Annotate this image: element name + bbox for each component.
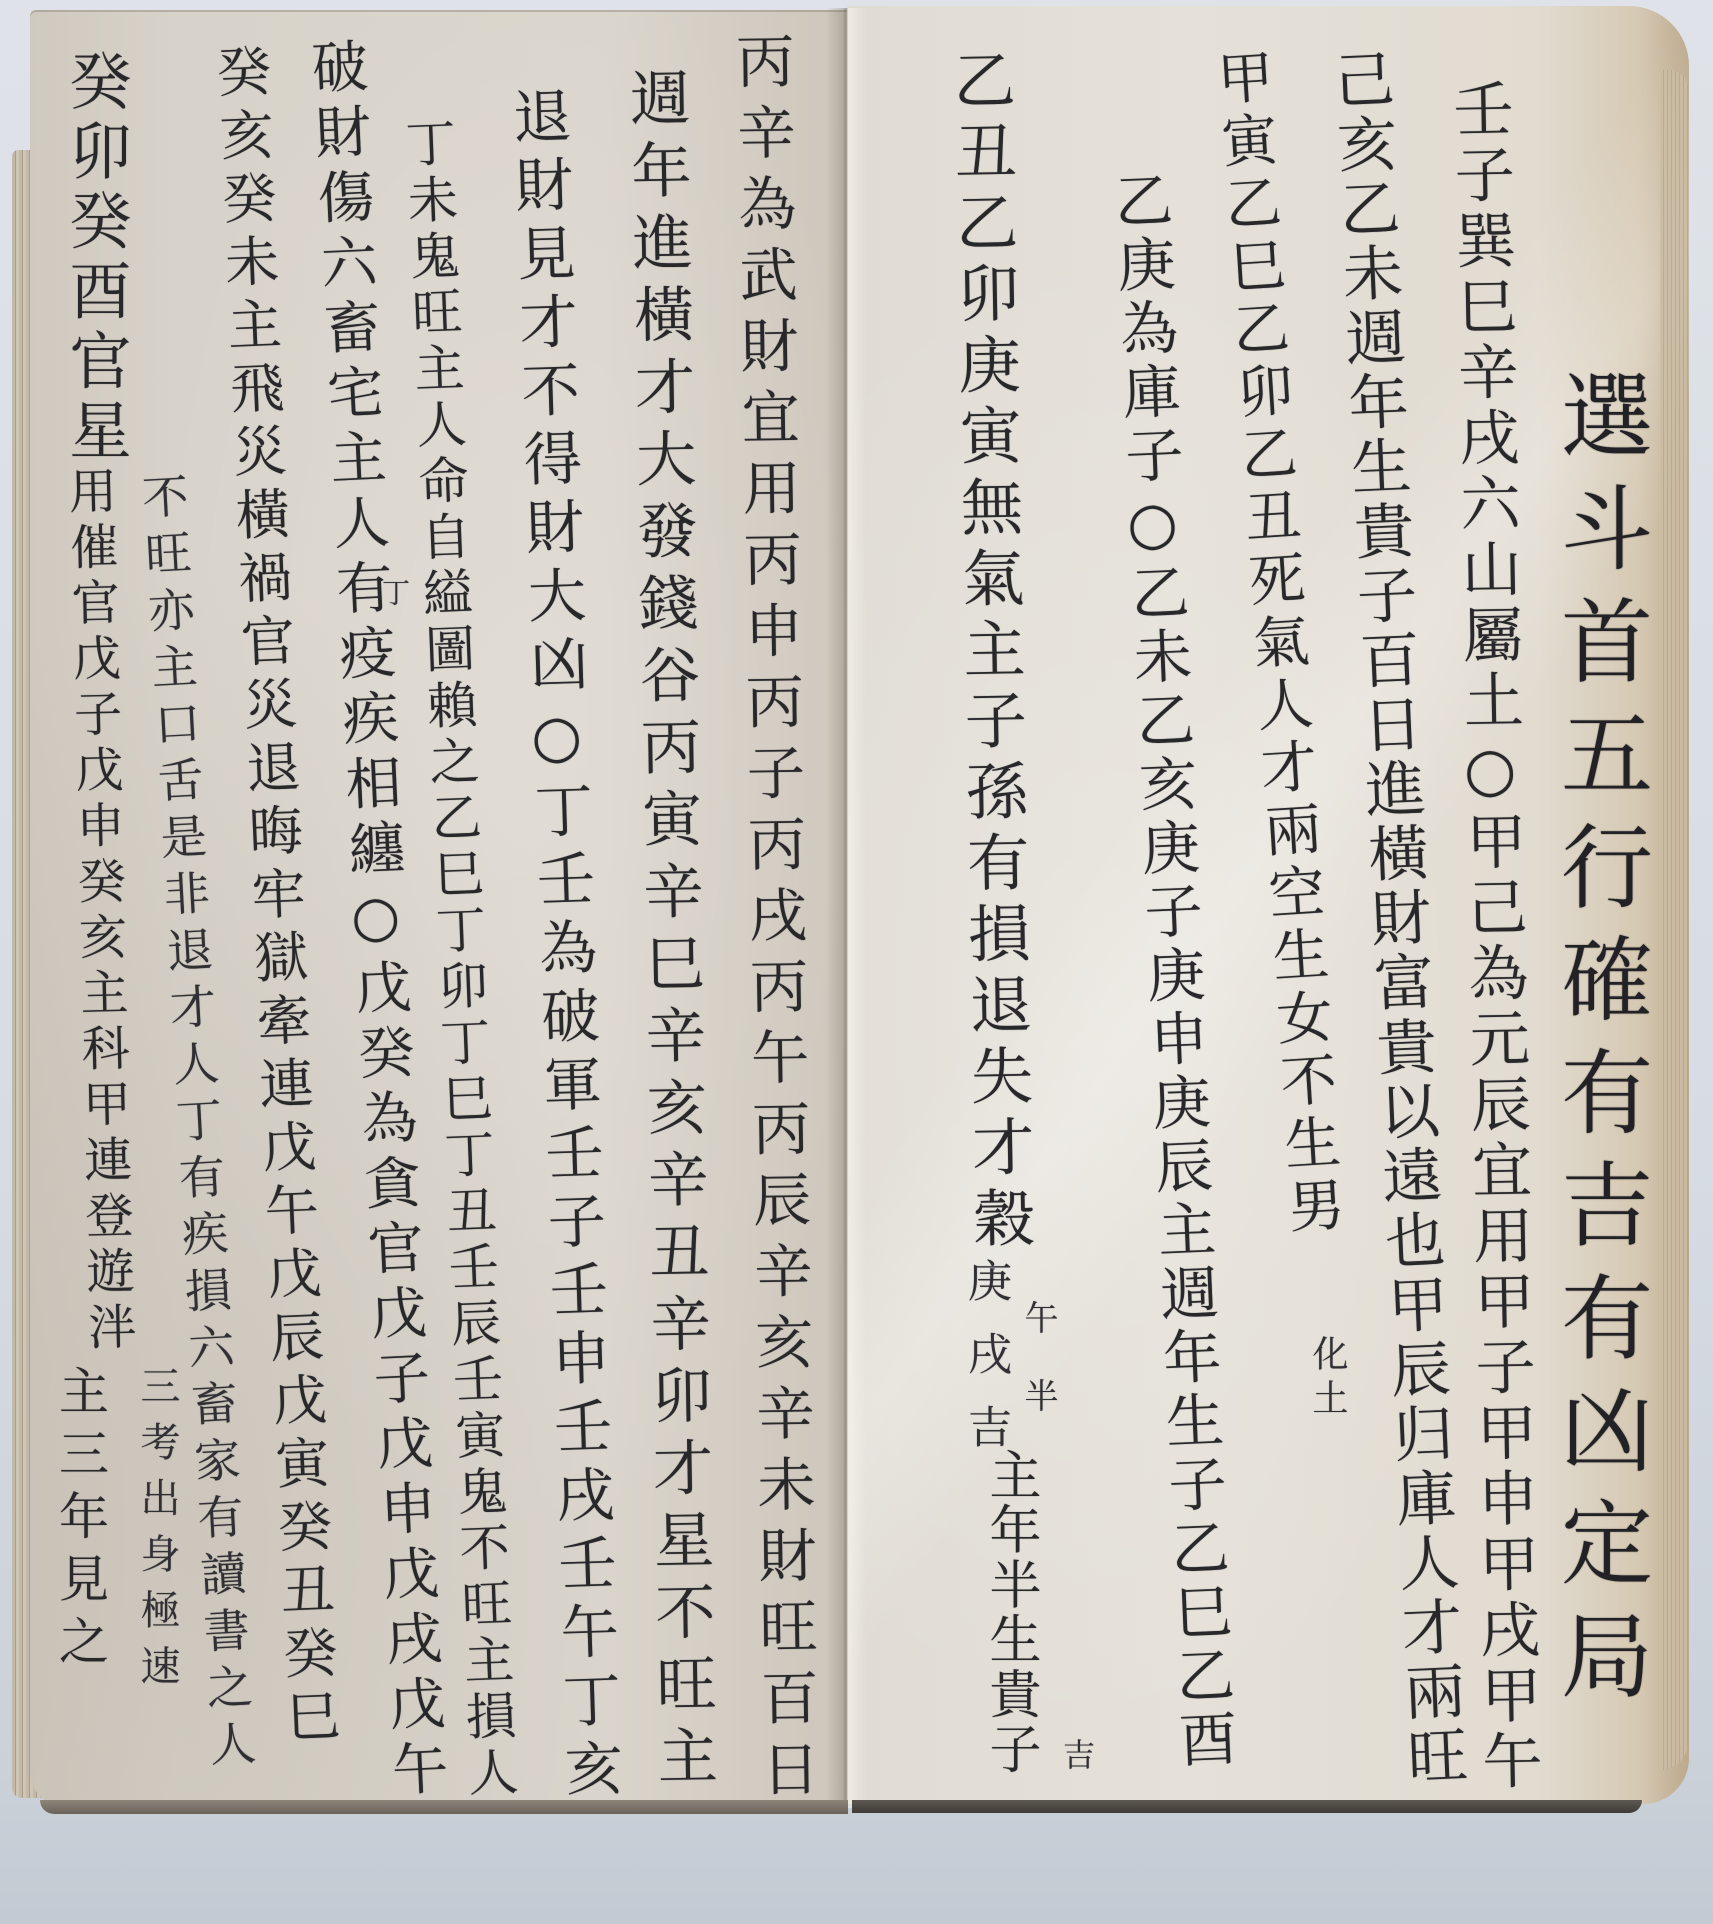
text-column-continuation: 庚戌吉: [959, 1258, 1007, 1448]
side-note: 午半: [1017, 1300, 1055, 1412]
page-title: 選斗首五行確有吉有凶定局: [1544, 368, 1645, 1700]
open-manuscript-book: 選斗首五行確有吉有凶定局 壬子巽巳辛戌六山屬土○甲己為元辰宜用甲子甲申甲戌甲午 …: [0, 0, 1713, 1924]
text-column-ending: 主年半生貴子: [979, 1448, 1036, 1774]
page-bottom-edge-left: [40, 1800, 848, 1814]
text-column-heading: 癸卯癸酉官星: [58, 49, 126, 460]
page-bottom-edge-right: [852, 1800, 1642, 1813]
text-column-ending: 主三年見之: [50, 1365, 105, 1665]
side-note: 化土: [1305, 1335, 1345, 1415]
side-note: 三考出身極速: [133, 1365, 177, 1685]
end-mark: 吉: [1057, 1738, 1093, 1778]
book-spine-fold: [826, 8, 866, 1808]
page-stack-edge-right: [1660, 70, 1688, 1770]
